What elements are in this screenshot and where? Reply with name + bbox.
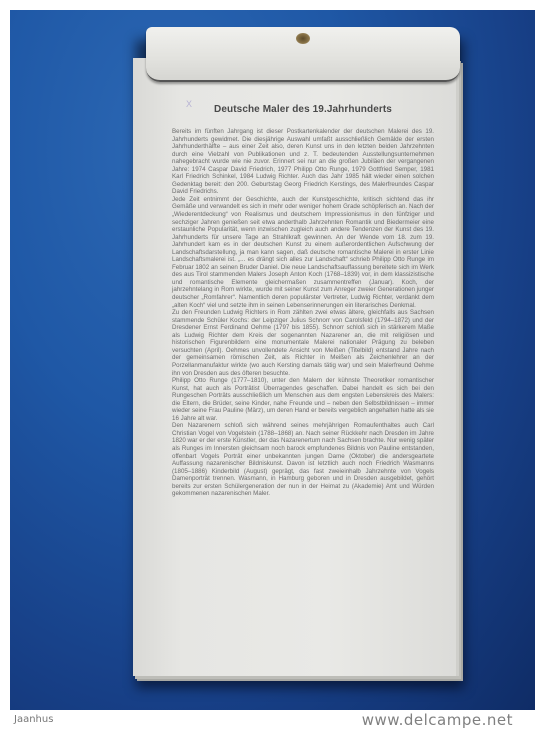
paragraph: Bereits im fünften Jahrgang ist dieser P… (172, 128, 434, 196)
paragraph: Philipp Otto Runge (1777–1810), unter de… (172, 377, 434, 422)
footer: Jaanhus www.delcampe.net (0, 714, 545, 730)
document-body: Bereits im fünften Jahrgang ist dieser P… (172, 128, 434, 498)
document-title: Deutsche Maler des 19.Jahrhunderts (150, 104, 456, 115)
site-watermark: www.delcampe.net (362, 711, 513, 729)
paragraph: Zu den Freunden Ludwig Richters in Rom z… (172, 309, 434, 377)
paragraph: Den Nazarenern schloß sich während seine… (172, 422, 434, 497)
seller-name: Jaanhus (14, 714, 53, 725)
paragraph: Jede Zeit entnimmt der Geschichte, auch … (172, 196, 434, 309)
hanging-hole (296, 33, 310, 44)
